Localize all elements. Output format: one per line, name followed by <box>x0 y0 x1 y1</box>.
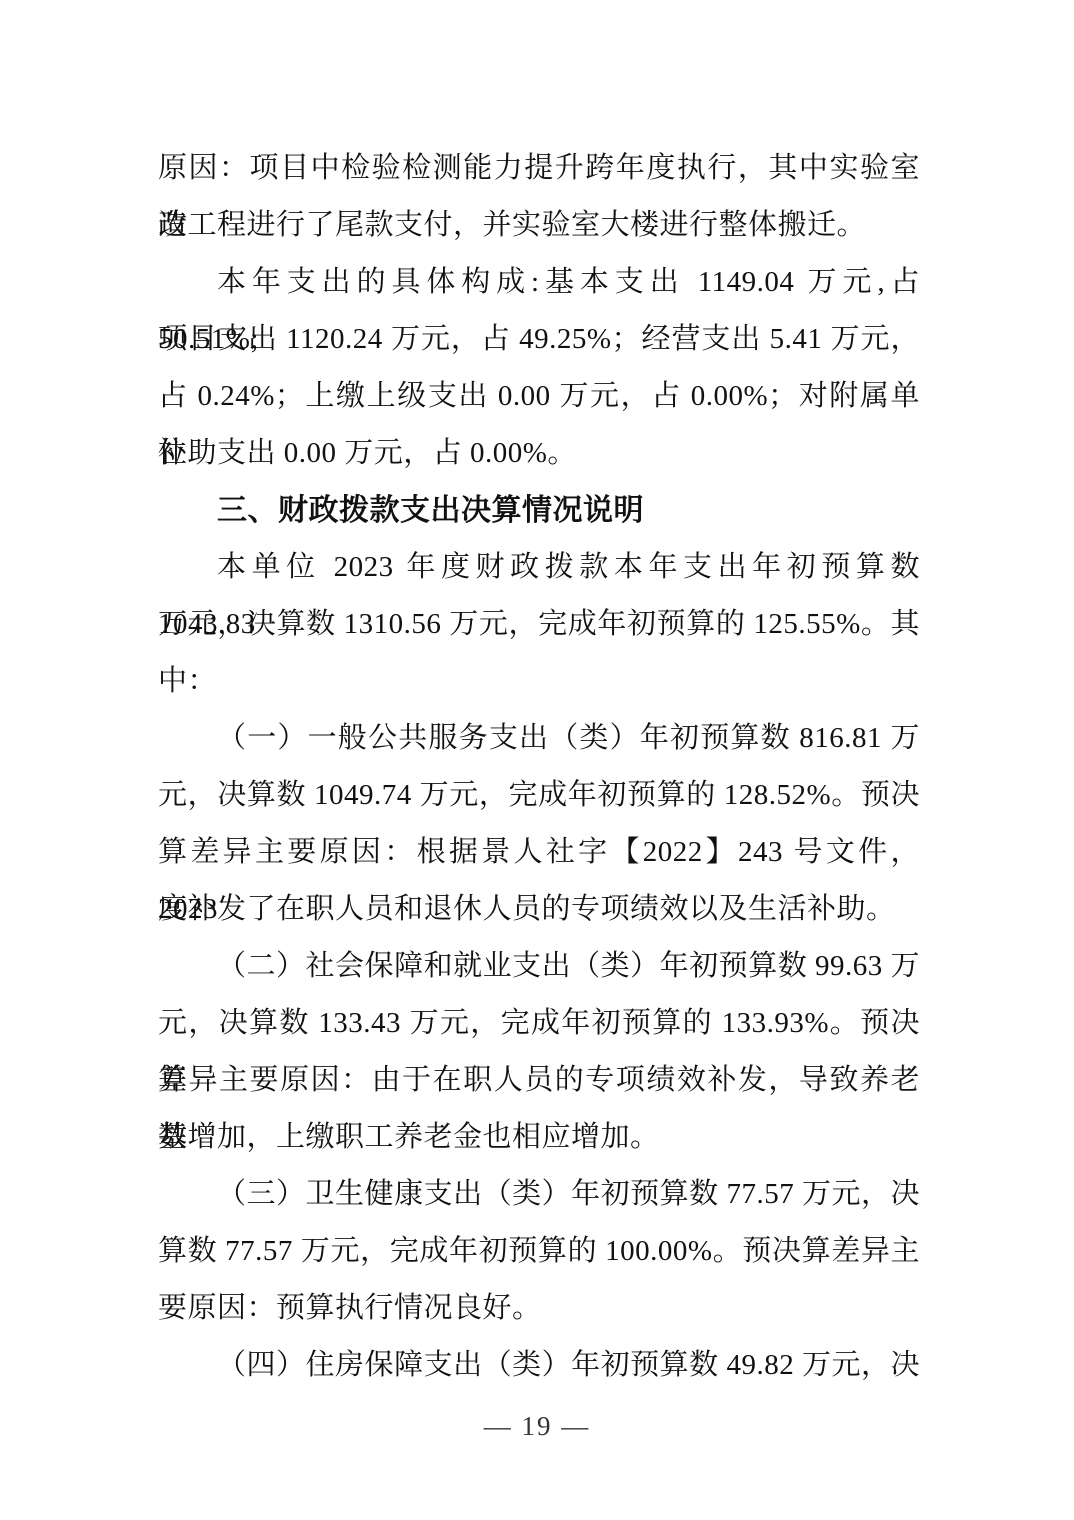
body-line: 本年支出的具体构成:基本支出 1149.04 万元,占 50.51%; <box>158 254 920 311</box>
paragraph: （二）社会保障和就业支出（类）年初预算数 99.63 万 元，决算数 133.4… <box>158 938 920 1166</box>
body-line: 差异主要原因：由于在职人员的专项绩效补发，导致养老基 <box>158 1052 920 1109</box>
paragraph: 本单位 2023 年度财政拨款本年支出年初预算数 1043.83 万元，决算数 … <box>158 539 920 710</box>
paragraph: （三）卫生健康支出（类）年初预算数 77.57 万元，决 算数 77.57 万元… <box>158 1166 920 1337</box>
document-page: 原因：项目中检验检测能力提升跨年度执行，其中实验室改 造工程进行了尾款支付，并实… <box>0 0 1074 1520</box>
body-line: 占 0.24%；上缴上级支出 0.00 万元，占 0.00%；对附属单位 <box>158 368 920 425</box>
body-line: 元，决算数 133.43 万元，完成年初预算的 133.93%。预决算 <box>158 995 920 1052</box>
body-line: 数增加，上缴职工养老金也相应增加。 <box>158 1109 920 1166</box>
section: 三、财政拨款支出决算情况说明 <box>158 482 920 539</box>
body-line: 算差异主要原因：根据景人社字【2022】243 号文件，2023 <box>158 824 920 881</box>
paragraph: （四）住房保障支出（类）年初预算数 49.82 万元，决 <box>158 1337 920 1394</box>
body-line: 要原因：预算执行情况良好。 <box>158 1280 920 1337</box>
document-body: 原因：项目中检验检测能力提升跨年度执行，其中实验室改 造工程进行了尾款支付，并实… <box>158 140 920 1394</box>
paragraph: 本年支出的具体构成:基本支出 1149.04 万元,占 50.51%; 项目支出… <box>158 254 920 482</box>
page-number: — 19 — <box>0 1398 1074 1455</box>
body-line: （四）住房保障支出（类）年初预算数 49.82 万元，决 <box>158 1337 920 1394</box>
body-line: 本单位 2023 年度财政拨款本年支出年初预算数 1043.83 <box>158 539 920 596</box>
body-line: 万元，决算数 1310.56 万元，完成年初预算的 125.55%。其 <box>158 596 920 653</box>
body-line: 项目支出 1120.24 万元，占 49.25%；经营支出 5.41 万元， <box>158 311 920 368</box>
paragraph: （一）一般公共服务支出（类）年初预算数 816.81 万 元，决算数 1049.… <box>158 710 920 938</box>
body-line: （二）社会保障和就业支出（类）年初预算数 99.63 万 <box>158 938 920 995</box>
body-line: 元，决算数 1049.74 万元，完成年初预算的 128.52%。预决 <box>158 767 920 824</box>
body-line: 度补发了在职人员和退休人员的专项绩效以及生活补助。 <box>158 881 920 938</box>
body-line: 造工程进行了尾款支付，并实验室大楼进行整体搬迁。 <box>158 197 920 254</box>
body-line: （三）卫生健康支出（类）年初预算数 77.57 万元，决 <box>158 1166 920 1223</box>
body-line: 补助支出 0.00 万元，占 0.00%。 <box>158 425 920 482</box>
body-line: （一）一般公共服务支出（类）年初预算数 816.81 万 <box>158 710 920 767</box>
body-line: 原因：项目中检验检测能力提升跨年度执行，其中实验室改 <box>158 140 920 197</box>
section-heading: 三、财政拨款支出决算情况说明 <box>158 482 920 539</box>
paragraph: 原因：项目中检验检测能力提升跨年度执行，其中实验室改 造工程进行了尾款支付，并实… <box>158 140 920 254</box>
body-line: 算数 77.57 万元，完成年初预算的 100.00%。预决算差异主 <box>158 1223 920 1280</box>
body-line: 中： <box>158 653 920 710</box>
